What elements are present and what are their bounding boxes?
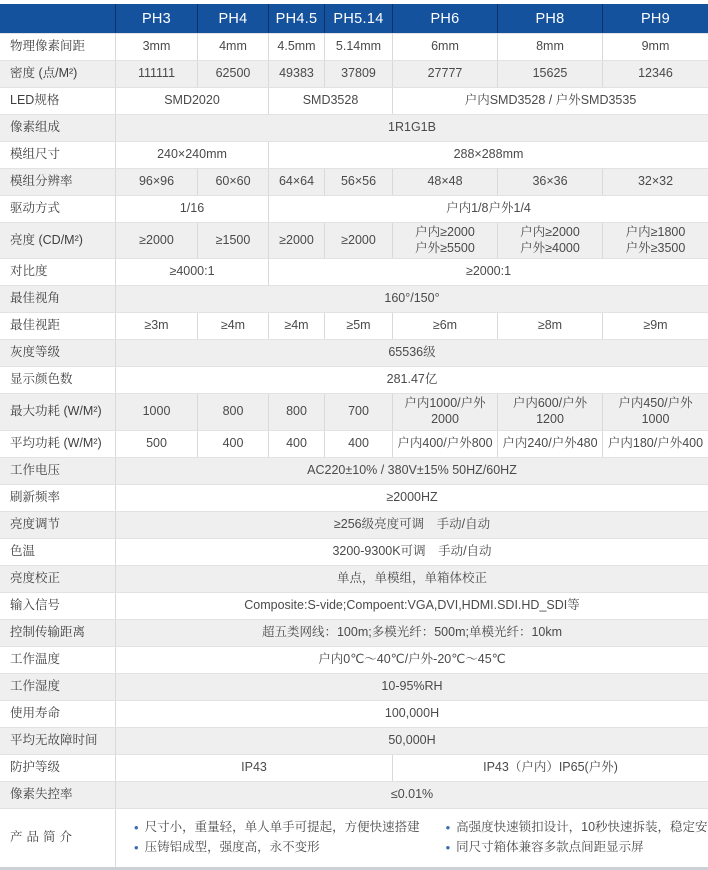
spec-cell: 500 xyxy=(115,431,197,457)
spec-cell: 1/16 xyxy=(115,196,268,222)
spec-cell: 户内1/8户外1/4 xyxy=(268,196,708,222)
spec-cell: 户内600/户外1200 xyxy=(497,394,602,429)
table-row: 密度 (点/M²)1111116250049383378092777715625… xyxy=(0,60,708,87)
header-cell-ph9: PH9 xyxy=(602,4,708,33)
bullet-dot-icon: • xyxy=(446,818,451,838)
row-label: 平均无故障时间 xyxy=(0,728,115,754)
spec-cell: 800 xyxy=(268,394,324,429)
table-row: 物理像素间距3mm4mm4.5mm5.14mm6mm8mm9mm xyxy=(0,33,708,60)
spec-cell: 50,000H xyxy=(115,728,708,754)
row-label: 模组尺寸 xyxy=(0,142,115,168)
spec-cell: ≥8m xyxy=(497,313,602,339)
spec-cell: ≥2000:1 xyxy=(268,259,708,285)
row-label: LED规格 xyxy=(0,88,115,114)
row-label: 物理像素间距 xyxy=(0,34,115,60)
header-cell-ph8: PH8 xyxy=(497,4,602,33)
row-label: 显示颜色数 xyxy=(0,367,115,393)
table-row: 工作湿度10-95%RH xyxy=(0,673,708,700)
bullet-dot-icon: • xyxy=(446,838,451,858)
spec-cell: 4.5mm xyxy=(268,34,324,60)
row-label: 最佳视距 xyxy=(0,313,115,339)
table-row: 模组分辨率96×9660×6064×6456×5648×4836×3632×32 xyxy=(0,168,708,195)
spec-cell: 56×56 xyxy=(324,169,392,195)
row-label: 工作电压 xyxy=(0,458,115,484)
table-row: 控制传输距离超五类网线：100m;多模光纤：500m;单模光纤：10km xyxy=(0,619,708,646)
row-label: 防护等级 xyxy=(0,755,115,781)
spec-cell: 户内≥1800 户外≥3500 xyxy=(602,223,708,258)
spec-cell: ≥3m xyxy=(115,313,197,339)
spec-cell: ≥2000 xyxy=(115,223,197,258)
spec-cell: 100,000H xyxy=(115,701,708,727)
spec-cell: ≤0.01% xyxy=(115,782,708,808)
spec-cell: 700 xyxy=(324,394,392,429)
row-label: 色温 xyxy=(0,539,115,565)
spec-cell: 户内400/户外800 xyxy=(392,431,497,457)
spec-cell: 户内1000/户外2000 xyxy=(392,394,497,429)
spec-cell: 400 xyxy=(324,431,392,457)
intro-bullet-list-left: •尺寸小，重量轻，单人单手可提起，方便快速搭建•压铸铝成型，强度高，永不变形 xyxy=(134,818,420,857)
table-row: LED规格SMD2020SMD3528户内SMD3528 / 户外SMD3535 xyxy=(0,87,708,114)
spec-cell: AC220±10% / 380V±15% 50HZ/60HZ xyxy=(115,458,708,484)
table-row: 灰度等级65536级 xyxy=(0,339,708,366)
spec-cell: 65536级 xyxy=(115,340,708,366)
spec-cell: ≥1500 xyxy=(197,223,268,258)
spec-cell: ≥4m xyxy=(268,313,324,339)
row-label: 密度 (点/M²) xyxy=(0,61,115,87)
row-label: 控制传输距离 xyxy=(0,620,115,646)
intro-bullet-item: •同尺寸箱体兼容多款点间距显示屏 xyxy=(446,838,708,858)
spec-cell: ≥9m xyxy=(602,313,708,339)
table-row: 亮度 (CD/M²)≥2000≥1500≥2000≥2000户内≥2000 户外… xyxy=(0,222,708,258)
spec-cell: 111111 xyxy=(115,61,197,87)
spec-cell: ≥2000 xyxy=(324,223,392,258)
spec-cell: ≥256级亮度可调 手动/自动 xyxy=(115,512,708,538)
row-label: 工作温度 xyxy=(0,647,115,673)
table-row: 输入信号Composite:S-vide;Compoent:VGA,DVI,HD… xyxy=(0,592,708,619)
spec-cell: 1R1G1B xyxy=(115,115,708,141)
spec-cell: 400 xyxy=(197,431,268,457)
spec-cell: Composite:S-vide;Compoent:VGA,DVI,HDMI.S… xyxy=(115,593,708,619)
header-cell-ph5.14: PH5.14 xyxy=(324,4,392,33)
spec-cell: IP43 xyxy=(115,755,392,781)
spec-cell: 48×48 xyxy=(392,169,497,195)
row-label: 亮度校正 xyxy=(0,566,115,592)
spec-cell: 3200-9300K可调 手动/自动 xyxy=(115,539,708,565)
spec-cell: 37809 xyxy=(324,61,392,87)
spec-cell: 单点，单模组，单箱体校正 xyxy=(115,566,708,592)
table-row: 平均功耗 (W/M²)500400400400户内400/户外800户内240/… xyxy=(0,430,708,457)
spec-cell: 户内SMD3528 / 户外SMD3535 xyxy=(392,88,708,114)
spec-cell: ≥4000:1 xyxy=(115,259,268,285)
spec-cell: 6mm xyxy=(392,34,497,60)
table-row: 工作电压AC220±10% / 380V±15% 50HZ/60HZ xyxy=(0,457,708,484)
spec-cell: 户内≥2000 户外≥4000 xyxy=(497,223,602,258)
table-row: 对比度≥4000:1≥2000:1 xyxy=(0,258,708,285)
table-body: 物理像素间距3mm4mm4.5mm5.14mm6mm8mm9mm密度 (点/M²… xyxy=(0,33,708,808)
spec-cell: 36×36 xyxy=(497,169,602,195)
spec-cell: 户内450/户外1000 xyxy=(602,394,708,429)
spec-cell: 户内0℃～40℃/户外-20℃～45℃ xyxy=(115,647,708,673)
table-row: 模组尺寸240×240mm288×288mm xyxy=(0,141,708,168)
spec-cell: 5.14mm xyxy=(324,34,392,60)
table-row: 亮度调节≥256级亮度可调 手动/自动 xyxy=(0,511,708,538)
spec-cell: 15625 xyxy=(497,61,602,87)
spec-cell: 1000 xyxy=(115,394,197,429)
spec-cell: ≥6m xyxy=(392,313,497,339)
spec-cell: 10-95%RH xyxy=(115,674,708,700)
table-row: 最佳视距≥3m≥4m≥4m≥5m≥6m≥8m≥9m xyxy=(0,312,708,339)
spec-cell: 49383 xyxy=(268,61,324,87)
table-row: 最大功耗 (W/M²)1000800800700户内1000/户外2000户内6… xyxy=(0,393,708,429)
intro-bullet-text: 尺寸小，重量轻，单人单手可提起，方便快速搭建 xyxy=(145,818,420,837)
header-cell-ph3: PH3 xyxy=(115,4,197,33)
spec-cell: 32×32 xyxy=(602,169,708,195)
spec-cell: 4mm xyxy=(197,34,268,60)
row-label: 对比度 xyxy=(0,259,115,285)
row-label: 模组分辨率 xyxy=(0,169,115,195)
spec-cell: 160°/150° xyxy=(115,286,708,312)
table-row: 显示颜色数281.47亿 xyxy=(0,366,708,393)
product-intro-cell: •尺寸小，重量轻，单人单手可提起，方便快速搭建•压铸铝成型，强度高，永不变形 •… xyxy=(115,809,708,867)
table-row: 最佳视角160°/150° xyxy=(0,285,708,312)
intro-bullet-text: 压铸铝成型，强度高，永不变形 xyxy=(145,838,320,857)
spec-cell: 288×288mm xyxy=(268,142,708,168)
header-cell-ph6: PH6 xyxy=(392,4,497,33)
table-row: 像素失控率≤0.01% xyxy=(0,781,708,808)
table-row: 平均无故障时间50,000H xyxy=(0,727,708,754)
header-cell-ph4.5: PH4.5 xyxy=(268,4,324,33)
intro-bullet-item: •高强度快速锁扣设计，10秒快速拆装，稳定安全 xyxy=(446,818,708,838)
row-label: 最大功耗 (W/M²) xyxy=(0,394,115,429)
row-label: 输入信号 xyxy=(0,593,115,619)
row-label: 灰度等级 xyxy=(0,340,115,366)
spec-cell: 12346 xyxy=(602,61,708,87)
spec-cell: 60×60 xyxy=(197,169,268,195)
spec-cell: SMD2020 xyxy=(115,88,268,114)
spec-cell: ≥5m xyxy=(324,313,392,339)
spec-cell: 户内≥2000 户外≥5500 xyxy=(392,223,497,258)
table-header-row: PH3PH4PH4.5PH5.14PH6PH8PH9 xyxy=(0,4,708,33)
table-row: 色温3200-9300K可调 手动/自动 xyxy=(0,538,708,565)
intro-bullet-item: •压铸铝成型，强度高，永不变形 xyxy=(134,838,420,858)
spec-cell: 3mm xyxy=(115,34,197,60)
spec-cell: 62500 xyxy=(197,61,268,87)
spec-cell: 800 xyxy=(197,394,268,429)
row-label: 最佳视角 xyxy=(0,286,115,312)
table-row: 工作温度户内0℃～40℃/户外-20℃～45℃ xyxy=(0,646,708,673)
bullet-dot-icon: • xyxy=(134,818,139,838)
row-label: 像素组成 xyxy=(0,115,115,141)
table-row: 刷新频率≥2000HZ xyxy=(0,484,708,511)
table-row: 使用寿命100,000H xyxy=(0,700,708,727)
table-row: 亮度校正单点，单模组，单箱体校正 xyxy=(0,565,708,592)
spec-cell: 8mm xyxy=(497,34,602,60)
row-label: 使用寿命 xyxy=(0,701,115,727)
intro-bullet-list-right: •高强度快速锁扣设计，10秒快速拆装，稳定安全•同尺寸箱体兼容多款点间距显示屏 xyxy=(446,818,708,857)
spec-cell: IP43（户内）IP65(户外) xyxy=(392,755,708,781)
row-label: 亮度调节 xyxy=(0,512,115,538)
spec-cell: ≥2000 xyxy=(268,223,324,258)
spec-cell: 240×240mm xyxy=(115,142,268,168)
intro-bullet-item: •尺寸小，重量轻，单人单手可提起，方便快速搭建 xyxy=(134,818,420,838)
spec-cell: 281.47亿 xyxy=(115,367,708,393)
spec-cell: 户内240/户外480 xyxy=(497,431,602,457)
row-label: 平均功耗 (W/M²) xyxy=(0,431,115,457)
table-row: 防护等级IP43IP43（户内）IP65(户外) xyxy=(0,754,708,781)
spec-cell: 400 xyxy=(268,431,324,457)
spec-cell: 户内180/户外400 xyxy=(602,431,708,457)
row-label-product-intro: 产品简介 xyxy=(0,809,115,867)
spec-table: PH3PH4PH4.5PH5.14PH6PH8PH9 物理像素间距3mm4mm4… xyxy=(0,0,708,870)
table-row: 像素组成1R1G1B xyxy=(0,114,708,141)
spec-cell: 64×64 xyxy=(268,169,324,195)
intro-bullet-text: 高强度快速锁扣设计，10秒快速拆装，稳定安全 xyxy=(456,818,708,837)
row-label: 亮度 (CD/M²) xyxy=(0,223,115,258)
product-intro-row: 产品简介 •尺寸小，重量轻，单人单手可提起，方便快速搭建•压铸铝成型，强度高，永… xyxy=(0,808,708,867)
bullet-dot-icon: • xyxy=(134,838,139,858)
intro-bullet-text: 同尺寸箱体兼容多款点间距显示屏 xyxy=(456,838,644,857)
header-cell-ph4: PH4 xyxy=(197,4,268,33)
spec-cell: SMD3528 xyxy=(268,88,392,114)
spec-cell: 超五类网线：100m;多模光纤：500m;单模光纤：10km xyxy=(115,620,708,646)
header-corner-cell xyxy=(0,4,115,33)
spec-cell: ≥2000HZ xyxy=(115,485,708,511)
row-label: 刷新频率 xyxy=(0,485,115,511)
row-label: 像素失控率 xyxy=(0,782,115,808)
spec-cell: 96×96 xyxy=(115,169,197,195)
table-row: 驱动方式1/16户内1/8户外1/4 xyxy=(0,195,708,222)
row-label: 驱动方式 xyxy=(0,196,115,222)
row-label: 工作湿度 xyxy=(0,674,115,700)
spec-cell: ≥4m xyxy=(197,313,268,339)
spec-cell: 9mm xyxy=(602,34,708,60)
spec-cell: 27777 xyxy=(392,61,497,87)
